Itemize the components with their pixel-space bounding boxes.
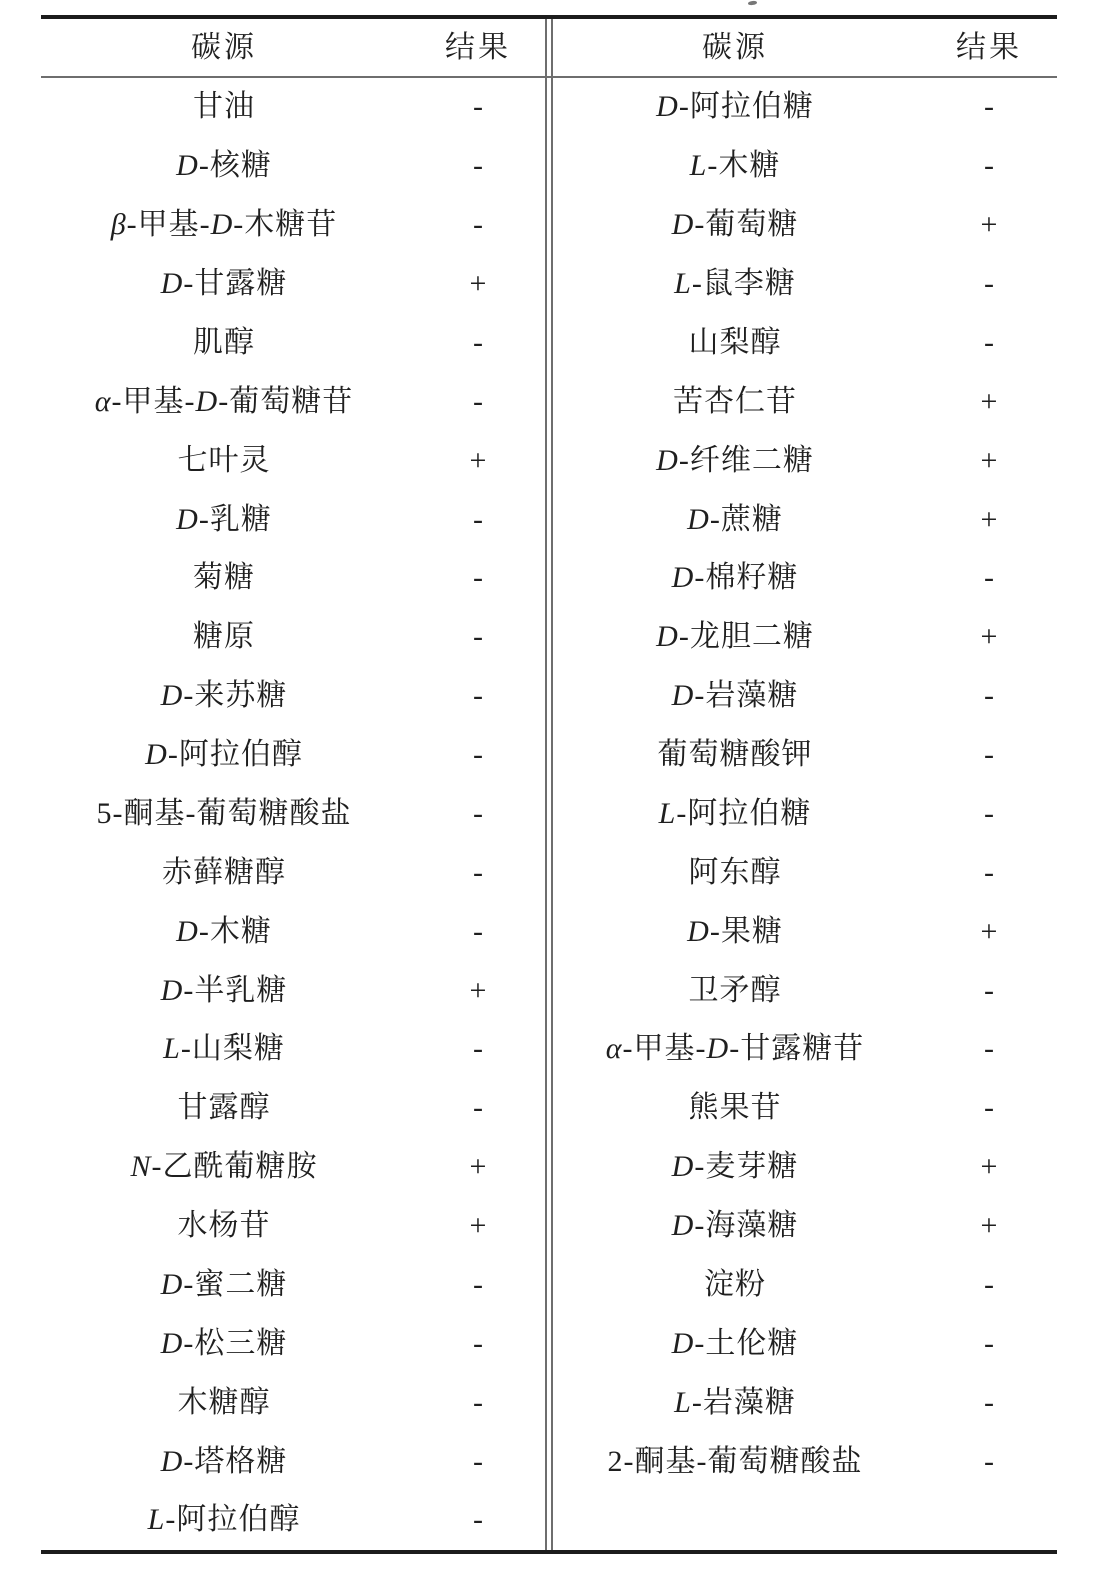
result-cell: - <box>921 740 1057 770</box>
result-cell: - <box>407 92 549 122</box>
result-cell: - <box>921 328 1057 358</box>
result-cell: - <box>407 799 549 829</box>
carbon-source-cell: 七叶灵 <box>41 446 407 476</box>
carbon-source-cell: 木糖醇 <box>41 1388 407 1418</box>
result-cell: - <box>407 563 549 593</box>
result-cell: + <box>407 1152 549 1182</box>
result-cell: + <box>921 210 1057 240</box>
result-cell: + <box>921 1152 1057 1182</box>
carbon-source-cell: L-阿拉伯醇 <box>41 1505 407 1535</box>
carbon-source-cell: 卫矛醇 <box>549 976 921 1006</box>
result-cell: - <box>921 151 1057 181</box>
result-cell: - <box>407 1447 549 1477</box>
carbon-source-cell: L-鼠李糖 <box>549 269 921 299</box>
result-cell: - <box>407 1270 549 1300</box>
carbon-source-cell: 糖原 <box>41 622 407 652</box>
result-cell: - <box>921 681 1057 711</box>
carbon-source-cell: D-木糖 <box>41 917 407 947</box>
carbon-source-cell: 水杨苷 <box>41 1211 407 1241</box>
carbon-source-cell: 淀粉 <box>549 1270 921 1300</box>
carbon-source-cell: D-葡萄糖 <box>549 210 921 240</box>
clipped-caption-fragment <box>748 0 757 5</box>
carbon-source-cell: 葡萄糖酸钾 <box>549 740 921 770</box>
result-cell: - <box>921 1388 1057 1418</box>
result-cell: + <box>407 269 549 299</box>
result-cell: + <box>921 1211 1057 1241</box>
carbon-source-cell: N-乙酰葡糖胺 <box>41 1152 407 1182</box>
carbon-source-cell: 5-酮基-葡萄糖酸盐 <box>41 799 407 829</box>
header-carbon-source-left: 碳源 <box>41 33 407 63</box>
result-cell: + <box>407 1211 549 1241</box>
result-cell: - <box>921 1447 1057 1477</box>
table-middle-double-divider <box>545 19 553 1550</box>
carbon-source-cell: 菊糖 <box>41 563 407 593</box>
carbon-source-cell: D-棉籽糖 <box>549 563 921 593</box>
carbon-source-cell: 山梨醇 <box>549 328 921 358</box>
carbon-source-cell: 熊果苷 <box>549 1093 921 1123</box>
result-cell: - <box>407 1093 549 1123</box>
result-cell: - <box>407 328 549 358</box>
carbon-source-cell: α-甲基-D-葡萄糖苷 <box>41 387 407 417</box>
result-cell: - <box>407 151 549 181</box>
carbon-source-cell: D-土伦糖 <box>549 1329 921 1359</box>
result-cell: - <box>921 1329 1057 1359</box>
result-cell: + <box>921 446 1057 476</box>
result-cell: - <box>921 563 1057 593</box>
result-cell: - <box>407 387 549 417</box>
carbon-source-cell: D-半乳糖 <box>41 976 407 1006</box>
result-cell: - <box>407 210 549 240</box>
carbon-source-cell: D-乳糖 <box>41 505 407 535</box>
result-cell: - <box>407 681 549 711</box>
result-cell: + <box>921 917 1057 947</box>
carbon-source-cell: D-岩藻糖 <box>549 681 921 711</box>
carbon-source-cell: β-甲基-D-木糖苷 <box>41 210 407 240</box>
carbon-source-cell: D-麦芽糖 <box>549 1152 921 1182</box>
carbon-source-cell: L-木糖 <box>549 151 921 181</box>
carbon-source-cell: 肌醇 <box>41 328 407 358</box>
carbon-source-cell: 阿东醇 <box>549 858 921 888</box>
result-cell: - <box>407 740 549 770</box>
result-cell: - <box>921 858 1057 888</box>
result-cell: - <box>921 976 1057 1006</box>
carbon-source-cell: L-山梨糖 <box>41 1034 407 1064</box>
carbon-source-cell: L-阿拉伯糖 <box>549 799 921 829</box>
carbon-source-cell: D-海藻糖 <box>549 1211 921 1241</box>
result-cell: - <box>407 1329 549 1359</box>
carbon-source-cell: 2-酮基-葡萄糖酸盐 <box>549 1447 921 1477</box>
carbon-source-cell: D-蜜二糖 <box>41 1270 407 1300</box>
carbon-source-cell: D-核糖 <box>41 151 407 181</box>
result-cell: - <box>921 92 1057 122</box>
carbon-source-cell: α-甲基-D-甘露糖苷 <box>549 1034 921 1064</box>
result-cell: + <box>921 505 1057 535</box>
result-cell: + <box>921 387 1057 417</box>
carbon-source-cell: D-阿拉伯糖 <box>549 92 921 122</box>
carbon-source-cell: 甘油 <box>41 92 407 122</box>
table-bottom-border <box>41 1550 1057 1554</box>
carbon-source-cell: D-纤维二糖 <box>549 446 921 476</box>
carbon-source-cell: D-塔格糖 <box>41 1447 407 1477</box>
carbon-source-cell: D-阿拉伯醇 <box>41 740 407 770</box>
carbon-source-cell: 赤藓糖醇 <box>41 858 407 888</box>
result-cell: + <box>921 622 1057 652</box>
result-cell: - <box>407 1034 549 1064</box>
result-cell: + <box>407 446 549 476</box>
result-cell: - <box>407 505 549 535</box>
result-cell: - <box>921 1034 1057 1064</box>
carbon-source-cell: D-龙胆二糖 <box>549 622 921 652</box>
result-cell: - <box>921 269 1057 299</box>
result-cell: - <box>407 622 549 652</box>
header-result-right: 结果 <box>921 33 1057 63</box>
carbon-source-cell: L-岩藻糖 <box>549 1388 921 1418</box>
result-cell: - <box>407 858 549 888</box>
header-carbon-source-right: 碳源 <box>549 33 921 63</box>
carbon-source-cell: 苦杏仁苷 <box>549 387 921 417</box>
result-cell: - <box>921 1093 1057 1123</box>
result-cell: - <box>407 917 549 947</box>
carbon-source-cell: D-蔗糖 <box>549 505 921 535</box>
carbon-source-table: 碳源 结果 碳源 结果 甘油-D-阿拉伯糖-D-核糖-L-木糖-β-甲基-D-木… <box>41 15 1057 1554</box>
result-cell: - <box>921 1270 1057 1300</box>
header-result-left: 结果 <box>407 33 549 63</box>
result-cell: - <box>921 799 1057 829</box>
carbon-source-cell: D-果糖 <box>549 917 921 947</box>
carbon-source-cell: D-松三糖 <box>41 1329 407 1359</box>
carbon-source-cell: 甘露醇 <box>41 1093 407 1123</box>
result-cell: + <box>407 976 549 1006</box>
carbon-source-cell: D-甘露糖 <box>41 269 407 299</box>
result-cell: - <box>407 1505 549 1535</box>
paper-page: 碳源 结果 碳源 结果 甘油-D-阿拉伯糖-D-核糖-L-木糖-β-甲基-D-木… <box>0 0 1108 1569</box>
carbon-source-cell: D-来苏糖 <box>41 681 407 711</box>
result-cell: - <box>407 1388 549 1418</box>
